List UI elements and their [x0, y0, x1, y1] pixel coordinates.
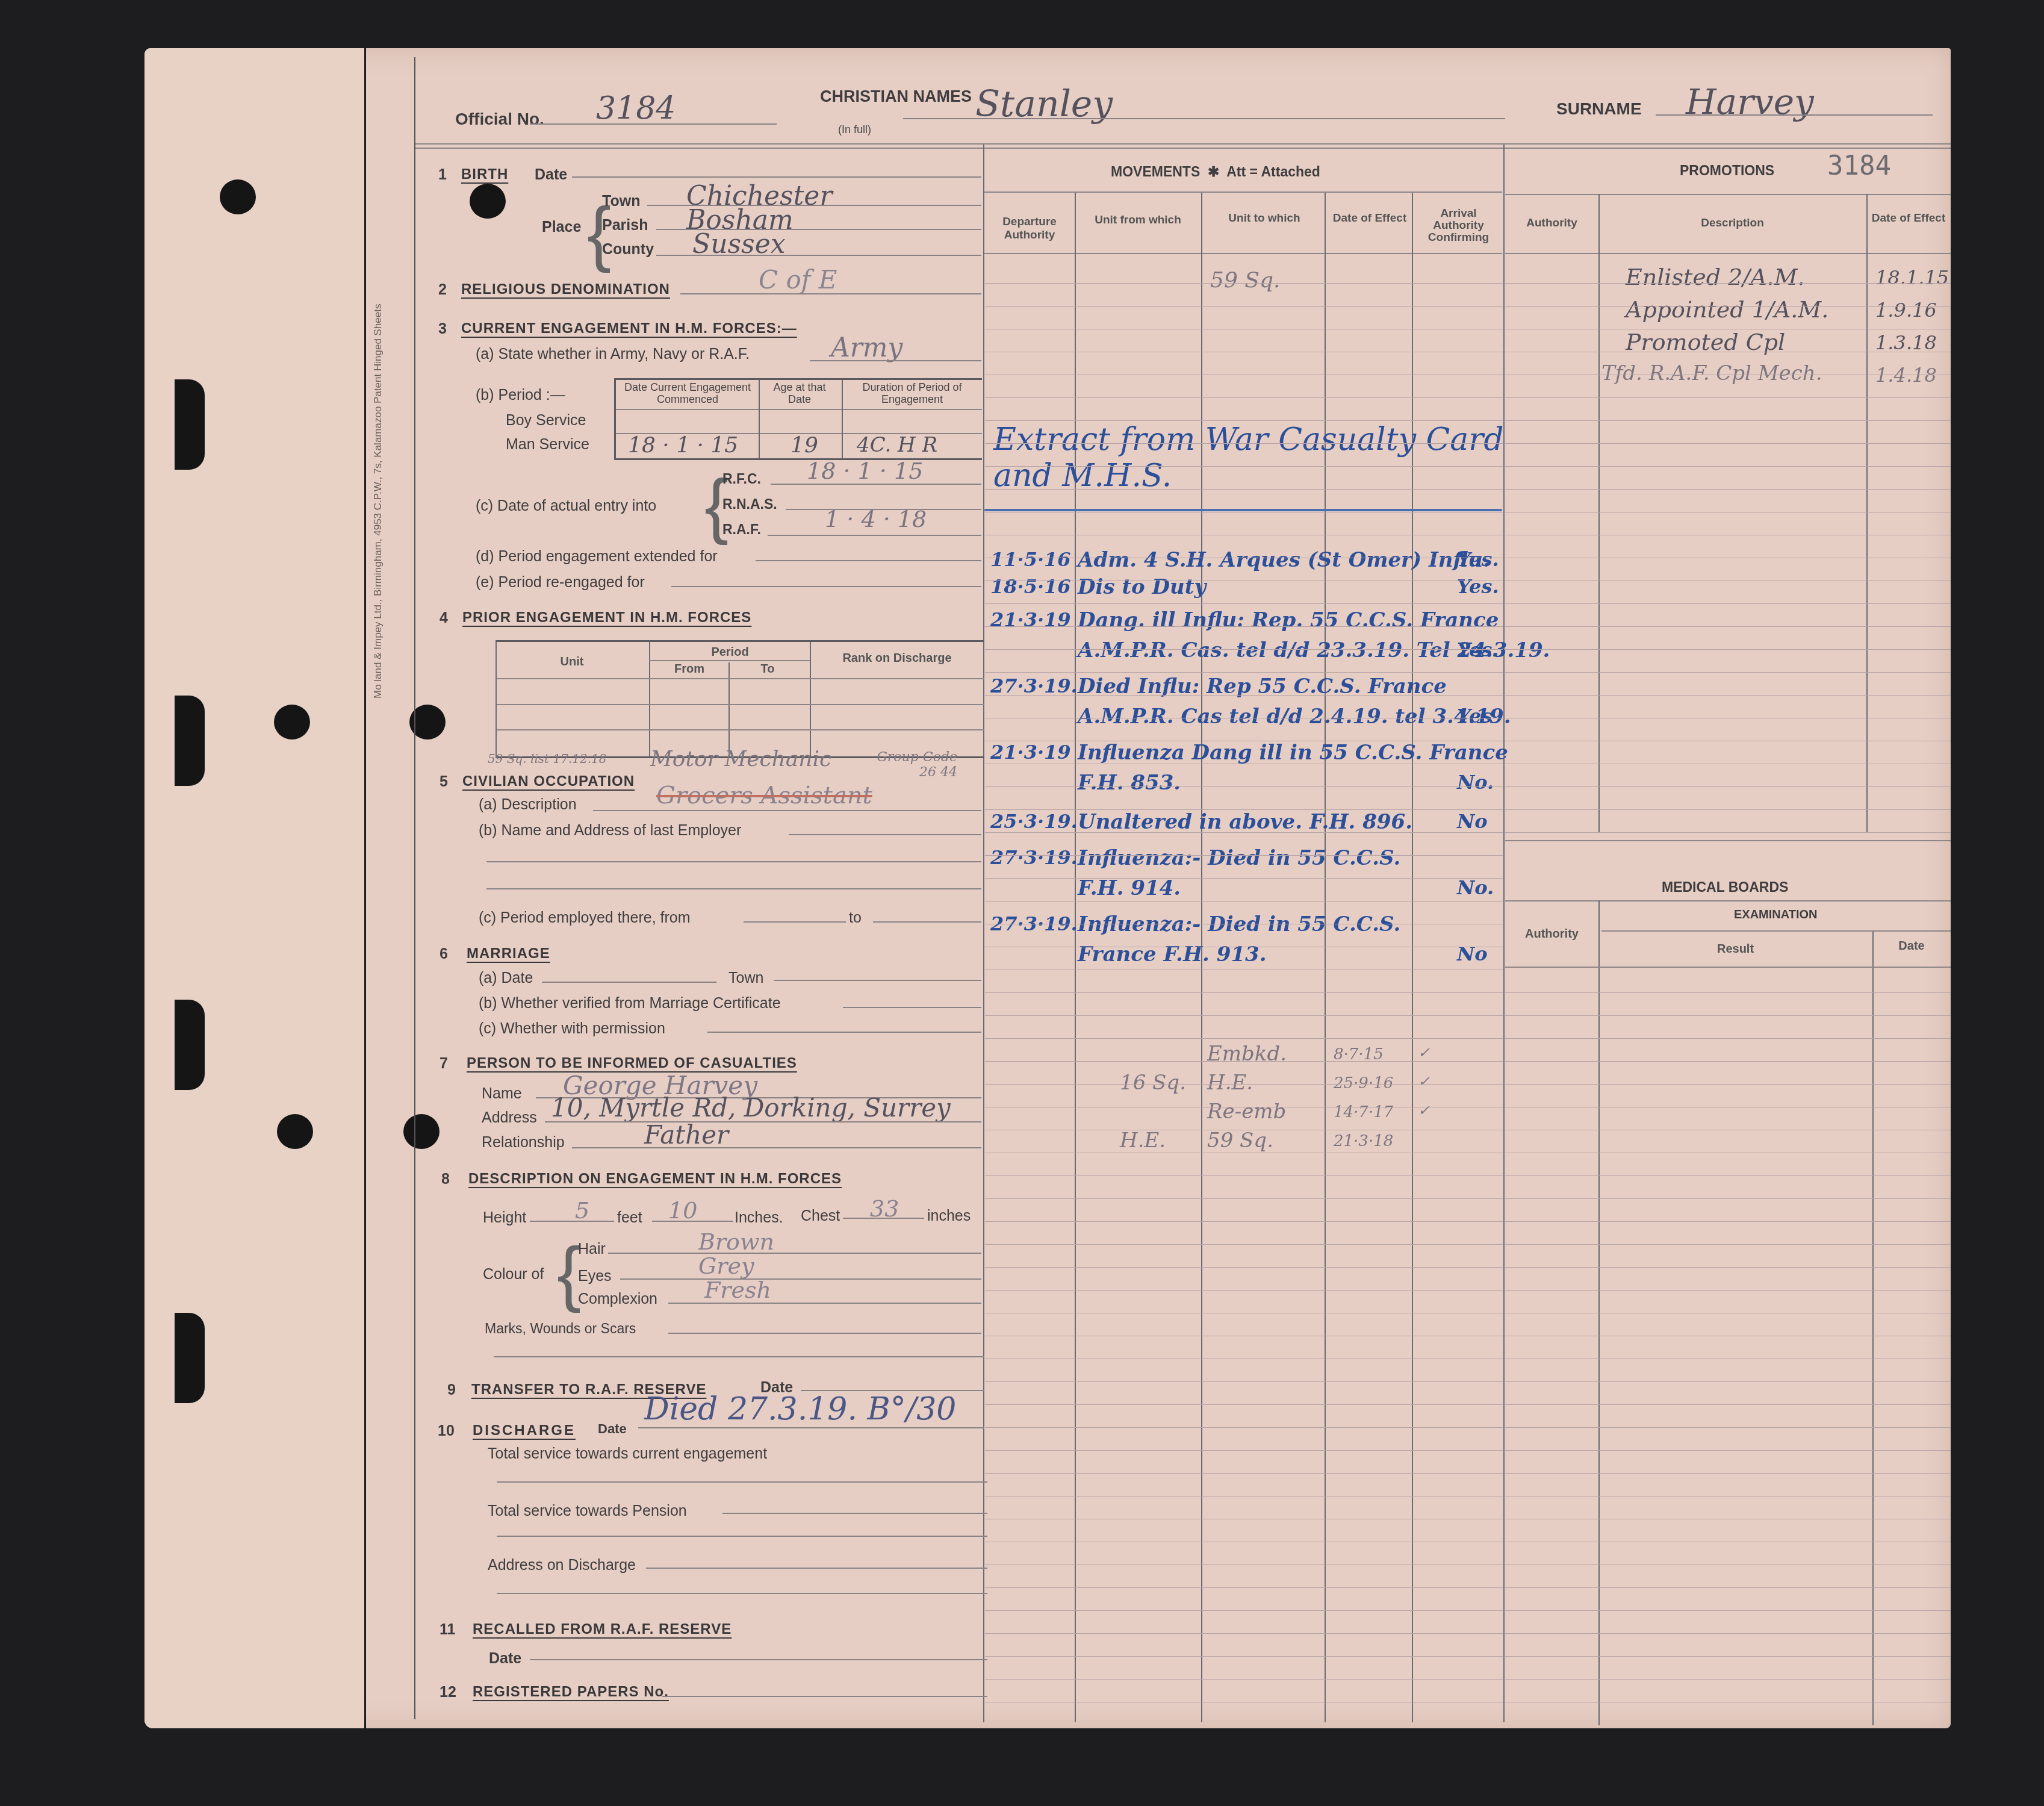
ledger-rule	[1505, 1610, 1951, 1611]
ledger-rule	[985, 466, 1503, 467]
casualty-entry-date: 27·3·19.	[990, 846, 1078, 869]
prior-table-rule	[497, 678, 984, 679]
relationship-line	[572, 1147, 981, 1148]
colour-of-label: Colour of	[483, 1266, 544, 1283]
rnas-label: R.N.A.S.	[722, 496, 777, 512]
ledger-rule	[1505, 1702, 1951, 1702]
period-label: (b) Period :—	[476, 387, 565, 404]
punch-hole	[470, 184, 506, 219]
recalled-date-line	[530, 1659, 987, 1660]
ledger-rule	[985, 1130, 1503, 1130]
discharge-section-number: 10	[438, 1422, 455, 1440]
period-employed-label: (c) Period employed there, from	[479, 909, 691, 927]
movement-check: ✓	[1418, 1102, 1430, 1119]
christian-names-label: CHRISTIAN NAMES	[820, 87, 910, 105]
ledger-rule	[1505, 489, 1951, 490]
ledger-rule	[985, 786, 1503, 787]
ledger-rule	[985, 1084, 1503, 1085]
ledger-rule	[985, 1679, 1503, 1680]
prior-table-col	[728, 662, 730, 756]
ledger-rule	[985, 1175, 1503, 1176]
casualties-title: PERSON TO BE INFORMED OF CASUALTIES	[467, 1055, 797, 1072]
promotion-date: 1.3.18	[1875, 331, 1937, 354]
casualty-entry-text: F.H. 914.	[1078, 876, 1181, 900]
prior-table-col	[810, 642, 811, 756]
extract-heading: Extract from War Casualty Card and M.H.S…	[993, 422, 1505, 494]
ledger-rule	[1505, 1427, 1951, 1428]
promotions-header-date: Date of Effect	[1866, 212, 1951, 225]
medical-header-result: Result	[1601, 942, 1869, 956]
discharge-title: DISCHARGE	[473, 1422, 576, 1439]
ledger-rule	[985, 1061, 1503, 1062]
recalled-section-number: 11	[440, 1621, 455, 1639]
height-inches[interactable]: 10	[668, 1197, 697, 1224]
casualty-entry-date: 27·3·19.	[990, 674, 1078, 697]
casualty-entry-mark: No.	[1457, 876, 1494, 899]
ledger-rule	[1505, 1496, 1951, 1496]
next-of-kin-address-line	[545, 1121, 981, 1123]
ledger-rule	[985, 1519, 1503, 1519]
ledger-rule	[1505, 1175, 1951, 1176]
county-line	[656, 255, 981, 256]
ledger-rule	[1505, 1473, 1951, 1474]
ledger-rule	[985, 649, 1503, 650]
ledger-rule	[985, 672, 1503, 673]
town-label: Town	[602, 193, 640, 210]
movement-date: 14·7·17	[1334, 1103, 1393, 1121]
ledger-rule	[985, 1359, 1503, 1359]
ledger-rule	[1505, 1221, 1951, 1222]
employer-line-3	[486, 888, 981, 889]
rfc-label: R.F.C.	[722, 471, 761, 487]
ledger-rule	[985, 878, 1503, 879]
raf-value[interactable]: 1 · 4 · 18	[825, 506, 927, 532]
height-feet[interactable]: 5	[575, 1197, 589, 1224]
ledger-rule	[985, 1313, 1503, 1313]
ledger-rule	[1505, 1153, 1951, 1153]
ledger-rule	[985, 443, 1503, 444]
casualties-section-number: 7	[440, 1055, 448, 1073]
movement-check: ✓	[1418, 1044, 1430, 1061]
surname-value[interactable]: Harvey	[1686, 81, 1814, 122]
ledger-rule	[985, 581, 1503, 581]
casualty-entry-date: 11·5·16	[990, 548, 1071, 571]
movements-title: MOVEMENTS ✱ Att = Attached	[1111, 164, 1320, 180]
ledger-rule	[985, 626, 1503, 627]
period-table-rule	[616, 409, 982, 410]
header-divider-2	[415, 148, 1951, 149]
ledger-rule	[985, 764, 1503, 764]
ledger-rule	[1505, 1359, 1951, 1359]
discharge-date-line	[638, 1427, 984, 1428]
marriage-date-line	[542, 982, 716, 983]
ledger-rule	[985, 809, 1503, 810]
height-label: Height	[483, 1209, 526, 1227]
casualty-entry-text: Dis to Duty	[1078, 575, 1206, 599]
hair-line	[608, 1253, 981, 1254]
prior-engagement-table: Unit Period From To Rank on Discharge	[495, 640, 984, 758]
complexion-line	[668, 1303, 981, 1304]
ledger-rule	[1505, 1061, 1951, 1062]
movements-header-departure: Departure Authority	[987, 216, 1072, 242]
prior-header-from: From	[650, 662, 728, 676]
eyes-value[interactable]: Grey	[698, 1253, 754, 1279]
ledger-rule	[985, 1244, 1503, 1245]
man-service-commenced[interactable]: 18 · 1 · 15	[628, 433, 738, 458]
boy-service-label: Boy Service	[506, 412, 586, 429]
recalled-title: RECALLED FROM R.A.F. RESERVE	[473, 1621, 732, 1638]
ledger-rule	[985, 1542, 1503, 1542]
promotions-left-border	[1503, 145, 1505, 1722]
promotions-header-authority: Authority	[1508, 217, 1595, 230]
medical-header-rule-2	[1505, 967, 1951, 968]
ledger-rule	[985, 1633, 1503, 1634]
employer-line-2	[486, 861, 981, 862]
ledger-rule	[985, 306, 1503, 307]
in-full-label: (In full)	[838, 123, 871, 136]
rfc-line	[771, 484, 981, 485]
ledger-rule	[1505, 1107, 1951, 1107]
movements-header-unit-to: Unit to which	[1204, 212, 1325, 225]
promotion-description: Enlisted 2/A.M.	[1626, 264, 1805, 290]
casualty-entry-text: A.M.P.R. Cas tel d/d 2.4.19. tel 3.4.19.	[1078, 705, 1511, 729]
relationship-label: Relationship	[482, 1134, 565, 1151]
ledger-rule	[985, 420, 1503, 421]
ledger-rule	[1505, 352, 1951, 352]
marriage-town-line	[774, 980, 981, 981]
movement-unit-from: 16 Sq.	[1120, 1071, 1186, 1095]
birth-date-line	[572, 176, 981, 178]
service-branch-label: (a) State whether in Army, Navy or R.A.F…	[476, 346, 750, 363]
chest-unit-label: inches	[927, 1207, 971, 1225]
occupation-line	[593, 810, 981, 811]
ledger-rule	[1505, 626, 1951, 627]
rfc-value[interactable]: 18 · 1 · 15	[807, 458, 923, 484]
marriage-section-number: 6	[440, 945, 448, 963]
ledger-rule	[985, 992, 1503, 993]
ledger-rule	[1505, 649, 1951, 650]
engagement-title: CURRENT ENGAGEMENT IN H.M. FORCES:—	[461, 320, 797, 337]
parish-label: Parish	[602, 217, 648, 234]
period-to-label: to	[849, 909, 862, 927]
movements-header-rule-2	[984, 253, 1502, 254]
christian-names-label-text: CHRISTIAN NAMES	[820, 87, 910, 105]
ledger-rule	[985, 1450, 1503, 1451]
reengaged-label: (e) Period re-engaged for	[476, 574, 645, 591]
registered-line	[662, 1696, 987, 1697]
discharge-date-value[interactable]: Died 27.3.19. B°/30	[644, 1391, 956, 1427]
ledger-rule	[1505, 1084, 1951, 1085]
promotions-col	[1598, 194, 1600, 832]
ledger-rule	[1505, 375, 1951, 375]
ledger-rule	[1505, 535, 1951, 535]
surname-label: SURNAME	[1556, 99, 1642, 119]
ledger-rule	[1505, 581, 1951, 581]
extended-label: (d) Period engagement extended for	[476, 548, 718, 565]
movement-unit-to: Re-emb	[1207, 1100, 1286, 1124]
birth-section-number: 1	[438, 166, 447, 184]
ledger-rule	[1505, 1038, 1951, 1039]
certificate-label: (b) Whether verified from Marriage Certi…	[479, 995, 781, 1012]
man-service-label: Man Service	[506, 436, 589, 453]
certificate-line	[843, 1007, 981, 1008]
medical-header-date: Date	[1872, 939, 1951, 953]
marks-label: Marks, Wounds or Scars	[485, 1321, 636, 1337]
ledger-rule	[985, 1587, 1503, 1588]
marks-line	[668, 1333, 981, 1334]
movement-unit-to: 59 Sq.	[1207, 1129, 1273, 1153]
period-header-duration: Duration of Period of Engagement	[843, 381, 981, 405]
binding-tab	[175, 379, 205, 470]
description-section-number: 8	[441, 1171, 450, 1188]
discharge-address-label: Address on Discharge	[488, 1557, 636, 1574]
ledger-rule	[1505, 1130, 1951, 1130]
promotions-header-rule	[1505, 194, 1951, 195]
promotions-stamp: 3184	[1827, 151, 1891, 181]
transfer-section-number: 9	[447, 1381, 456, 1399]
marriage-date-label: (a) Date	[479, 970, 533, 987]
occupation-description-label: (a) Description	[479, 796, 577, 814]
total-pension-line-2	[497, 1536, 987, 1537]
period-to-line	[873, 921, 981, 923]
total-pension-line	[722, 1513, 987, 1514]
religion-value[interactable]: C of E	[759, 265, 837, 294]
ledger-rule	[985, 1290, 1503, 1291]
ledger-rule	[1505, 672, 1951, 673]
ledger-rule	[1505, 1198, 1951, 1199]
chest-label: Chest	[801, 1207, 840, 1225]
ledger-rule	[1505, 1450, 1951, 1451]
trade-annotation: Motor Mechanic	[650, 747, 831, 771]
prior-header-to: To	[728, 662, 807, 676]
ledger-rule	[1505, 1381, 1951, 1382]
ledger-rule	[1505, 1679, 1951, 1680]
period-table-col	[842, 380, 843, 458]
medical-top-rule	[1505, 840, 1951, 841]
place-label: Place	[542, 219, 581, 236]
ledger-rule	[1505, 603, 1951, 604]
movement-check: ✓	[1418, 1073, 1430, 1090]
ledger-rule	[985, 947, 1503, 947]
civilian-title: CIVILIAN OCCUPATION	[462, 773, 635, 790]
first-unit-to: 59 Sq.	[1210, 268, 1280, 293]
ledger-rule	[985, 1702, 1503, 1702]
discharge-address-line	[646, 1568, 987, 1569]
promotion-date: 1.9.16	[1875, 299, 1937, 322]
ledger-rule	[985, 1038, 1503, 1039]
casualty-entry-text: Adm. 4 S.H. Arques (St Omer) Influ.	[1078, 548, 1490, 572]
medical-boards-title: MEDICAL BOARDS	[1662, 879, 1788, 895]
chest-line	[843, 1218, 924, 1219]
ledger-rule	[985, 329, 1503, 329]
relationship-value[interactable]: Father	[644, 1120, 728, 1150]
form-left-border	[414, 57, 415, 1719]
ledger-rule	[985, 512, 1503, 512]
raf-label: R.A.F.	[722, 522, 761, 538]
surname-line	[1656, 114, 1933, 116]
religion-line	[680, 293, 981, 294]
ledger-rule	[985, 1153, 1503, 1153]
man-service-age[interactable]: 19	[791, 433, 818, 458]
engagement-section-number: 3	[438, 320, 447, 338]
ledger-rule	[985, 603, 1503, 604]
ledger-rule	[985, 1336, 1503, 1336]
complexion-value[interactable]: Fresh	[704, 1277, 771, 1303]
header-divider	[415, 143, 1951, 145]
casualty-entry-text: Influenza:- Died in 55 C.C.S.	[1078, 846, 1400, 870]
promotion-date: 1.4.18	[1875, 364, 1937, 387]
man-service-duration[interactable]: 4C. H R	[857, 433, 937, 457]
ledger-rule	[1505, 718, 1951, 718]
ledger-rule	[985, 375, 1503, 375]
ledger-rule	[985, 832, 1503, 833]
ledger-rule	[1505, 1519, 1951, 1519]
total-current-label: Total service towards current engagement	[488, 1445, 767, 1463]
ledger-rule	[985, 1381, 1503, 1382]
discharge-date-label: Date	[598, 1421, 627, 1437]
medical-col	[1872, 930, 1874, 1725]
ledger-rule	[1505, 1244, 1951, 1245]
casualty-entry-mark: No	[1457, 810, 1488, 833]
casualty-entry-mark: Yes.	[1457, 548, 1499, 571]
ledger-rule	[985, 1565, 1503, 1565]
prior-table-rule	[649, 660, 810, 661]
extract-divider	[984, 509, 1502, 511]
examination-label: EXAMINATION	[1734, 908, 1818, 922]
occupation-description-value[interactable]: Grocers Assistant	[656, 782, 872, 809]
prior-header-unit: Unit	[497, 655, 647, 668]
ledger-rule	[985, 397, 1503, 398]
ledger-rule	[985, 1107, 1503, 1107]
religion-section-number: 2	[438, 281, 447, 299]
county-label: County	[602, 241, 654, 258]
promotion-date: 18.1.15	[1875, 266, 1949, 289]
binding-tab	[175, 1000, 205, 1090]
official-no-value[interactable]: 3184	[596, 90, 676, 126]
official-no-label: Official No.	[455, 110, 544, 129]
ledger-rule	[985, 352, 1503, 352]
promotions-header-description: Description	[1601, 217, 1863, 230]
ledger-rule	[985, 970, 1503, 970]
ledger-rule	[1505, 1313, 1951, 1313]
ledger-rule	[985, 1221, 1503, 1222]
inches-label: Inches.	[735, 1209, 783, 1227]
next-of-kin-address-label: Address	[482, 1109, 537, 1127]
permission-label: (c) Whether with permission	[479, 1020, 665, 1038]
birth-date-label: Date	[535, 166, 567, 184]
group-code-annotation: Group Code 26 44	[867, 750, 957, 780]
ledger-rule	[985, 1610, 1503, 1611]
official-no-line	[530, 123, 777, 125]
permission-line	[707, 1032, 981, 1033]
punch-hole	[274, 705, 310, 740]
promotion-description: Tfd. R.A.F. Cpl Mech.	[1601, 361, 1822, 385]
promotions-col	[1866, 194, 1868, 832]
period-table-col	[759, 380, 760, 458]
period-header-age: Age at that Date	[760, 381, 839, 405]
casualty-entry-mark: No.	[1457, 771, 1494, 794]
ledger-rule	[1505, 1565, 1951, 1565]
ledger-rule	[985, 1473, 1503, 1474]
marriage-title: MARRIAGE	[467, 945, 550, 962]
ledger-rule	[985, 283, 1503, 284]
service-branch-value[interactable]: Army	[831, 332, 902, 363]
ledger-rule	[1505, 1336, 1951, 1336]
squadron-list-annotation: 59 Sq. list 17.12.18	[488, 752, 607, 766]
ledger-rule	[1505, 1633, 1951, 1634]
ledger-rule	[1505, 283, 1951, 284]
ledger-rule	[1505, 741, 1951, 741]
ledger-rule	[985, 1404, 1503, 1405]
casualty-entry-text: France F.H. 913.	[1078, 942, 1267, 967]
promotions-header-rule-2	[1505, 253, 1951, 254]
ledger-rule	[1505, 512, 1951, 512]
reengaged-line	[671, 586, 981, 587]
ledger-rule	[1505, 1656, 1951, 1657]
ledger-rule	[1505, 397, 1951, 398]
ledger-rule	[985, 1656, 1503, 1657]
recalled-date-label: Date	[489, 1650, 521, 1667]
total-current-line	[497, 1481, 987, 1483]
ledger-rule	[985, 901, 1503, 901]
period-from-line	[744, 921, 846, 923]
prior-header-period: Period	[650, 646, 810, 659]
ledger-rule	[985, 1015, 1503, 1016]
movement-unit-to: Embkd.	[1207, 1042, 1287, 1066]
complexion-label: Complexion	[578, 1291, 657, 1308]
extended-line	[756, 560, 981, 561]
hair-value[interactable]: Brown	[698, 1228, 774, 1255]
next-of-kin-address[interactable]: 10, Myrtle Rd, Dorking, Surrey	[551, 1093, 951, 1123]
ledger-rule	[1505, 809, 1951, 810]
ledger-rule	[985, 535, 1503, 535]
ledger-rule	[1505, 443, 1951, 444]
ledger-rule	[985, 718, 1503, 718]
ledger-rule	[1505, 329, 1951, 329]
ledger-rule	[1505, 1404, 1951, 1405]
period-table: Date Current Engagement Commenced Age at…	[614, 378, 982, 460]
ledger-rule	[1505, 466, 1951, 467]
casualty-entry-mark: Yes.	[1457, 638, 1499, 661]
examination-rule	[1601, 930, 1951, 932]
birth-title: BIRTH	[461, 166, 508, 183]
movement-unit-to: H.E.	[1207, 1071, 1253, 1095]
movement-date: 25·9·16	[1334, 1074, 1393, 1092]
movements-left-border	[983, 145, 984, 1722]
ledger-rule	[1505, 992, 1951, 993]
promotions-title: PROMOTIONS	[1680, 163, 1774, 179]
ledger-rule	[985, 1198, 1503, 1199]
marriage-town-label: Town	[728, 970, 763, 987]
casualty-entry-text: Influenza:- Died in 55 C.C.S.	[1078, 912, 1400, 936]
ledger-rule	[1505, 420, 1951, 421]
ledger-rule	[1505, 1290, 1951, 1291]
movements-header-date: Date of Effect	[1328, 212, 1412, 225]
ledger-rule	[985, 489, 1503, 490]
binding-tab	[175, 1313, 205, 1403]
height-feet-line	[530, 1221, 614, 1222]
height-inches-line	[652, 1221, 733, 1222]
casualty-entry-text: F.H. 853.	[1078, 771, 1181, 795]
service-branch-line	[810, 360, 981, 361]
prior-table-rule	[497, 704, 984, 705]
punch-hole	[220, 179, 256, 214]
christian-names-line	[903, 118, 1505, 119]
casualty-entry-text: Influenza Dang ill in 55 C.C.S. France	[1078, 741, 1508, 765]
next-of-kin-name-label: Name	[482, 1085, 522, 1103]
movement-unit-from: H.E.	[1120, 1129, 1166, 1153]
ledger-rule	[1505, 695, 1951, 696]
